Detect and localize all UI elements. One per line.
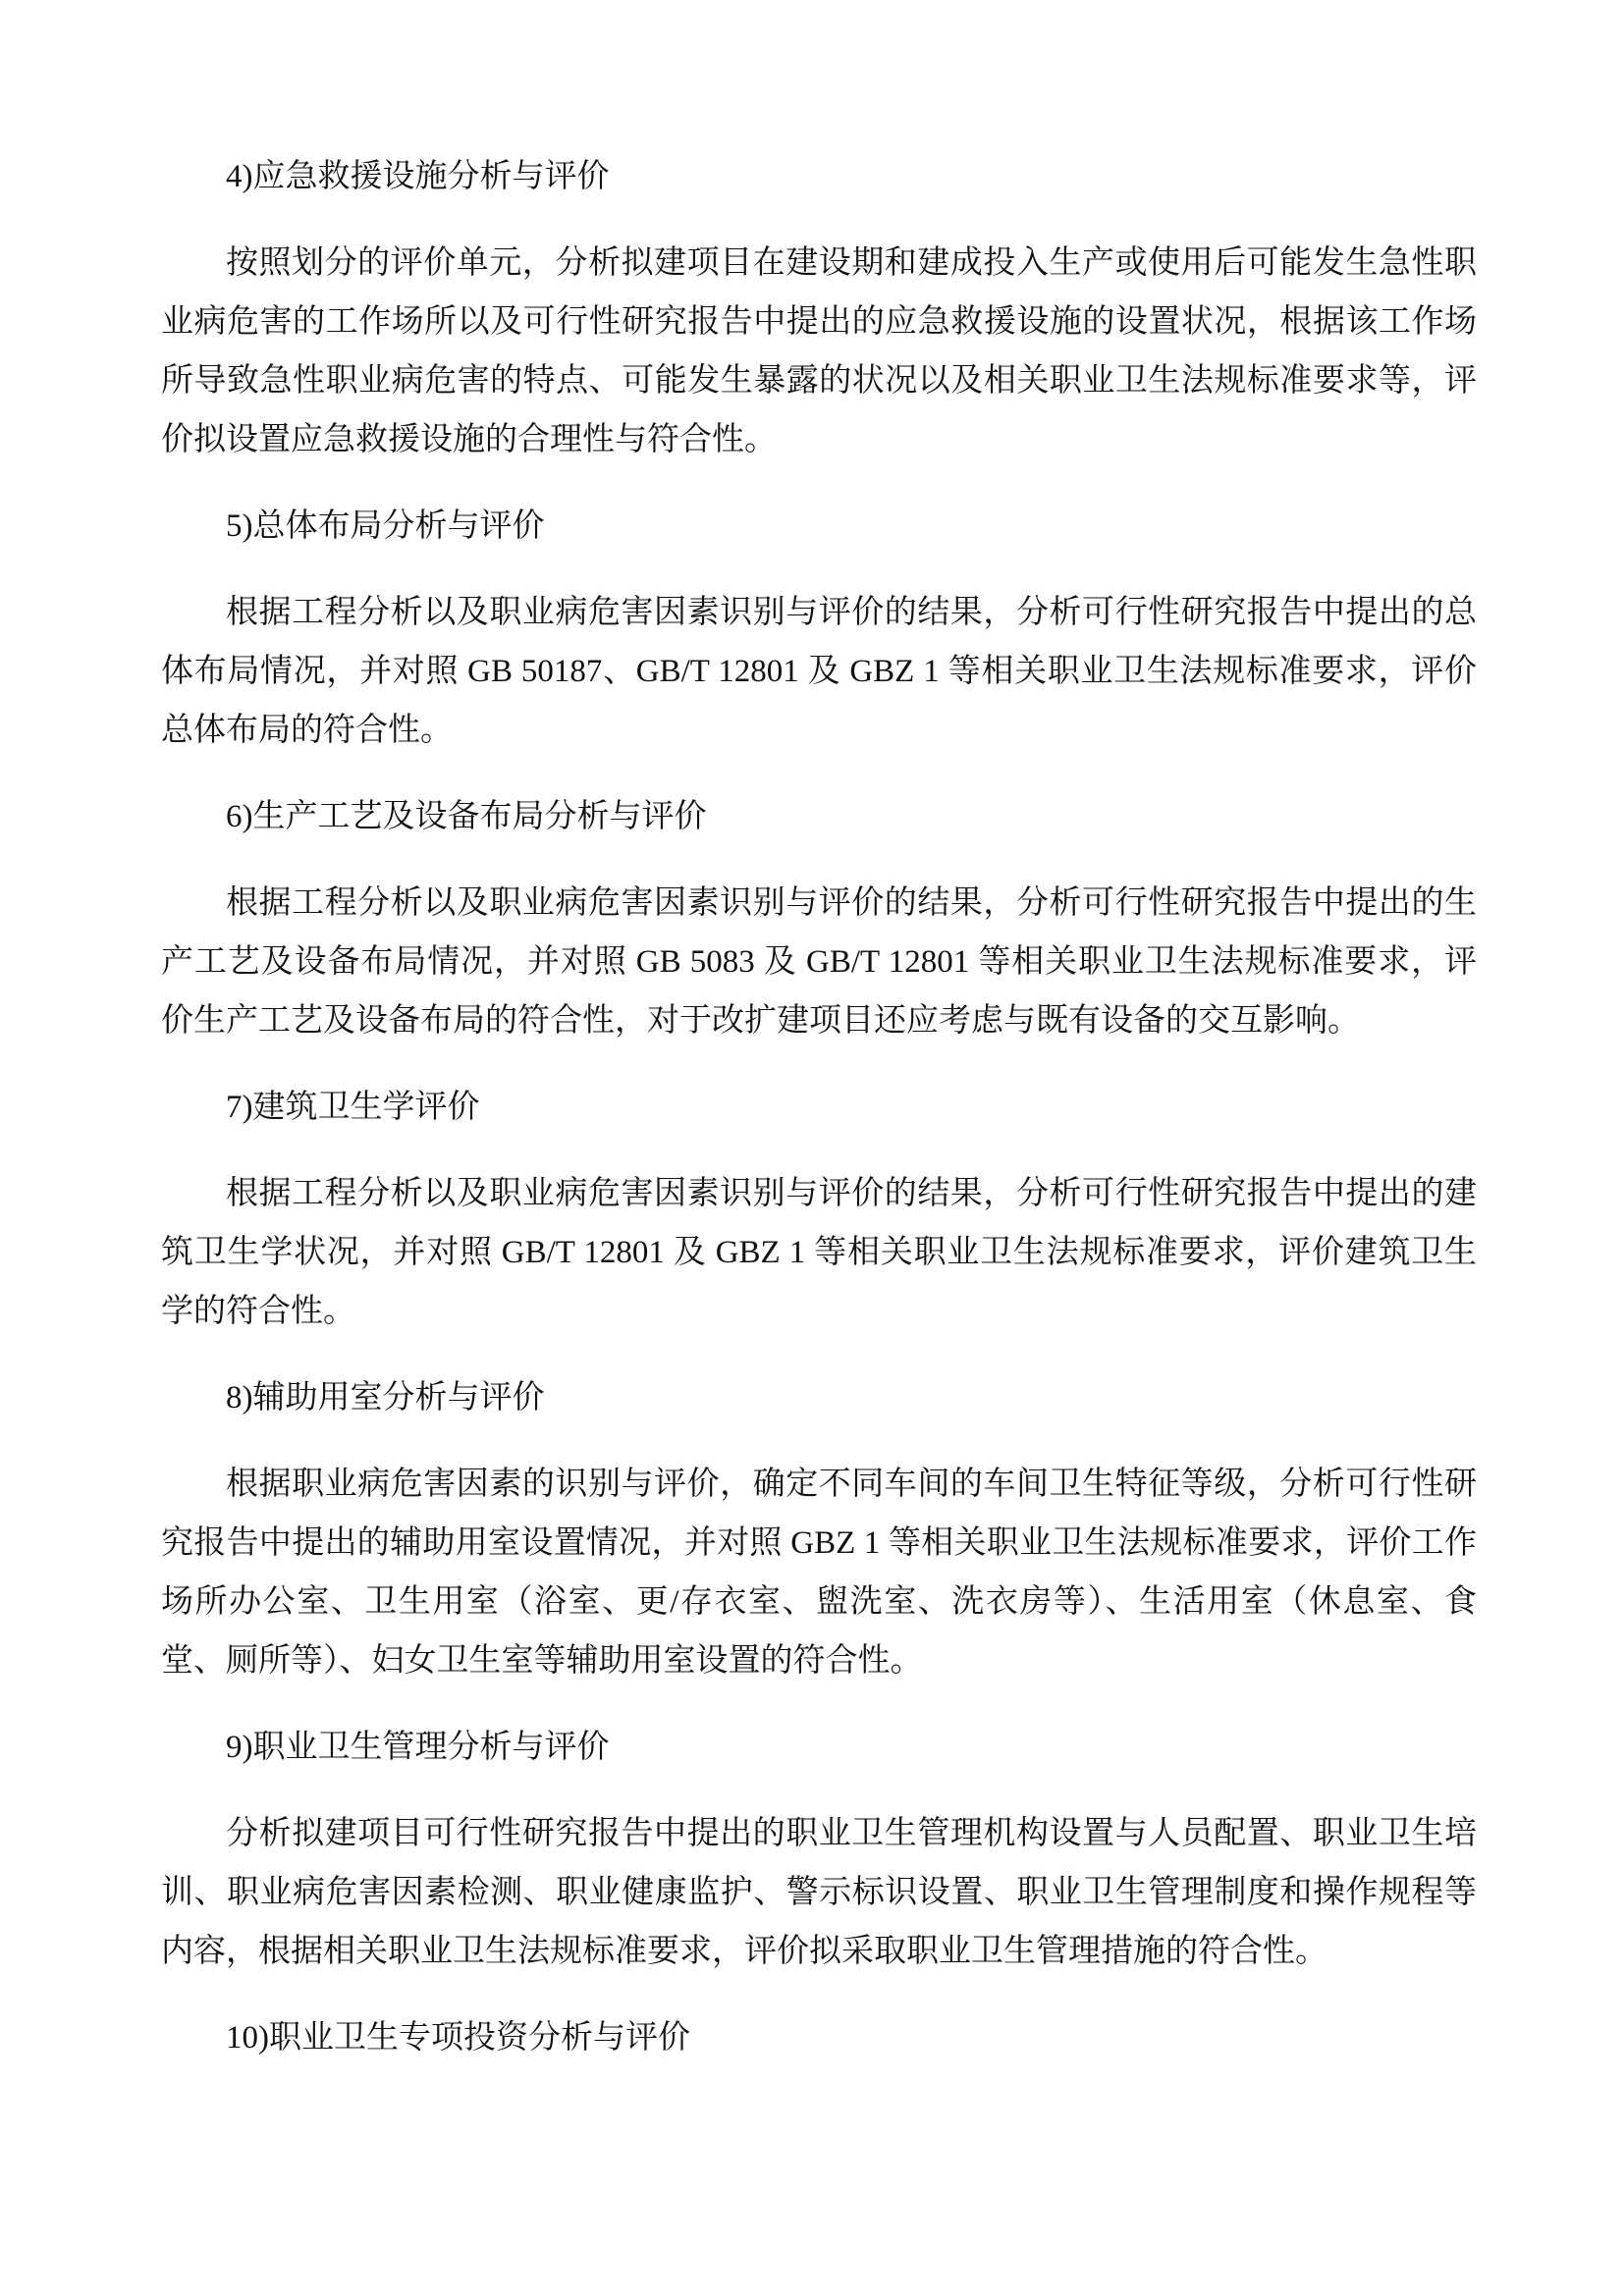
section-heading: 8)辅助用室分析与评价 xyxy=(161,1368,1477,1427)
document-section: 8)辅助用室分析与评价 根据职业病危害因素的识别与评价，确定不同车间的车间卫生特… xyxy=(161,1368,1477,1690)
section-paragraph: 根据职业病危害因素的识别与评价，确定不同车间的车间卫生特征等级，分析可行性研究报… xyxy=(161,1455,1477,1690)
section-heading: 4)应急救援设施分析与评价 xyxy=(161,147,1477,206)
document-section: 5)总体布局分析与评价 根据工程分析以及职业病危害因素识别与评价的结果，分析可行… xyxy=(161,497,1477,760)
section-paragraph: 根据工程分析以及职业病危害因素识别与评价的结果，分析可行性研究报告中提出的生产工… xyxy=(161,874,1477,1050)
section-heading: 7)建筑卫生学评价 xyxy=(161,1078,1477,1137)
section-paragraph: 按照划分的评价单元，分析拟建项目在建设期和建成投入生产或使用后可能发生急性职业病… xyxy=(161,234,1477,469)
document-section: 9)职业卫生管理分析与评价 分析拟建项目可行性研究报告中提出的职业卫生管理机构设… xyxy=(161,1718,1477,1981)
document-section: 4)应急救援设施分析与评价 按照划分的评价单元，分析拟建项目在建设期和建成投入生… xyxy=(161,147,1477,469)
section-heading: 9)职业卫生管理分析与评价 xyxy=(161,1718,1477,1777)
section-heading: 10)职业卫生专项投资分析与评价 xyxy=(161,2008,1477,2067)
document-section: 6)生产工艺及设备布局分析与评价 根据工程分析以及职业病危害因素识别与评价的结果… xyxy=(161,787,1477,1050)
section-paragraph: 根据工程分析以及职业病危害因素识别与评价的结果，分析可行性研究报告中提出的总体布… xyxy=(161,583,1477,760)
section-paragraph: 分析拟建项目可行性研究报告中提出的职业卫生管理机构设置与人员配置、职业卫生培训、… xyxy=(161,1804,1477,1981)
section-heading: 5)总体布局分析与评价 xyxy=(161,497,1477,556)
document-section: 7)建筑卫生学评价 根据工程分析以及职业病危害因素识别与评价的结果，分析可行性研… xyxy=(161,1078,1477,1341)
section-paragraph: 根据工程分析以及职业病危害因素识别与评价的结果，分析可行性研究报告中提出的建筑卫… xyxy=(161,1164,1477,1341)
document-page: 4)应急救援设施分析与评价 按照划分的评价单元，分析拟建项目在建设期和建成投入生… xyxy=(0,0,1624,2296)
document-body: 4)应急救援设施分析与评价 按照划分的评价单元，分析拟建项目在建设期和建成投入生… xyxy=(161,147,1477,2067)
section-heading: 6)生产工艺及设备布局分析与评价 xyxy=(161,787,1477,846)
document-section: 10)职业卫生专项投资分析与评价 xyxy=(161,2008,1477,2067)
